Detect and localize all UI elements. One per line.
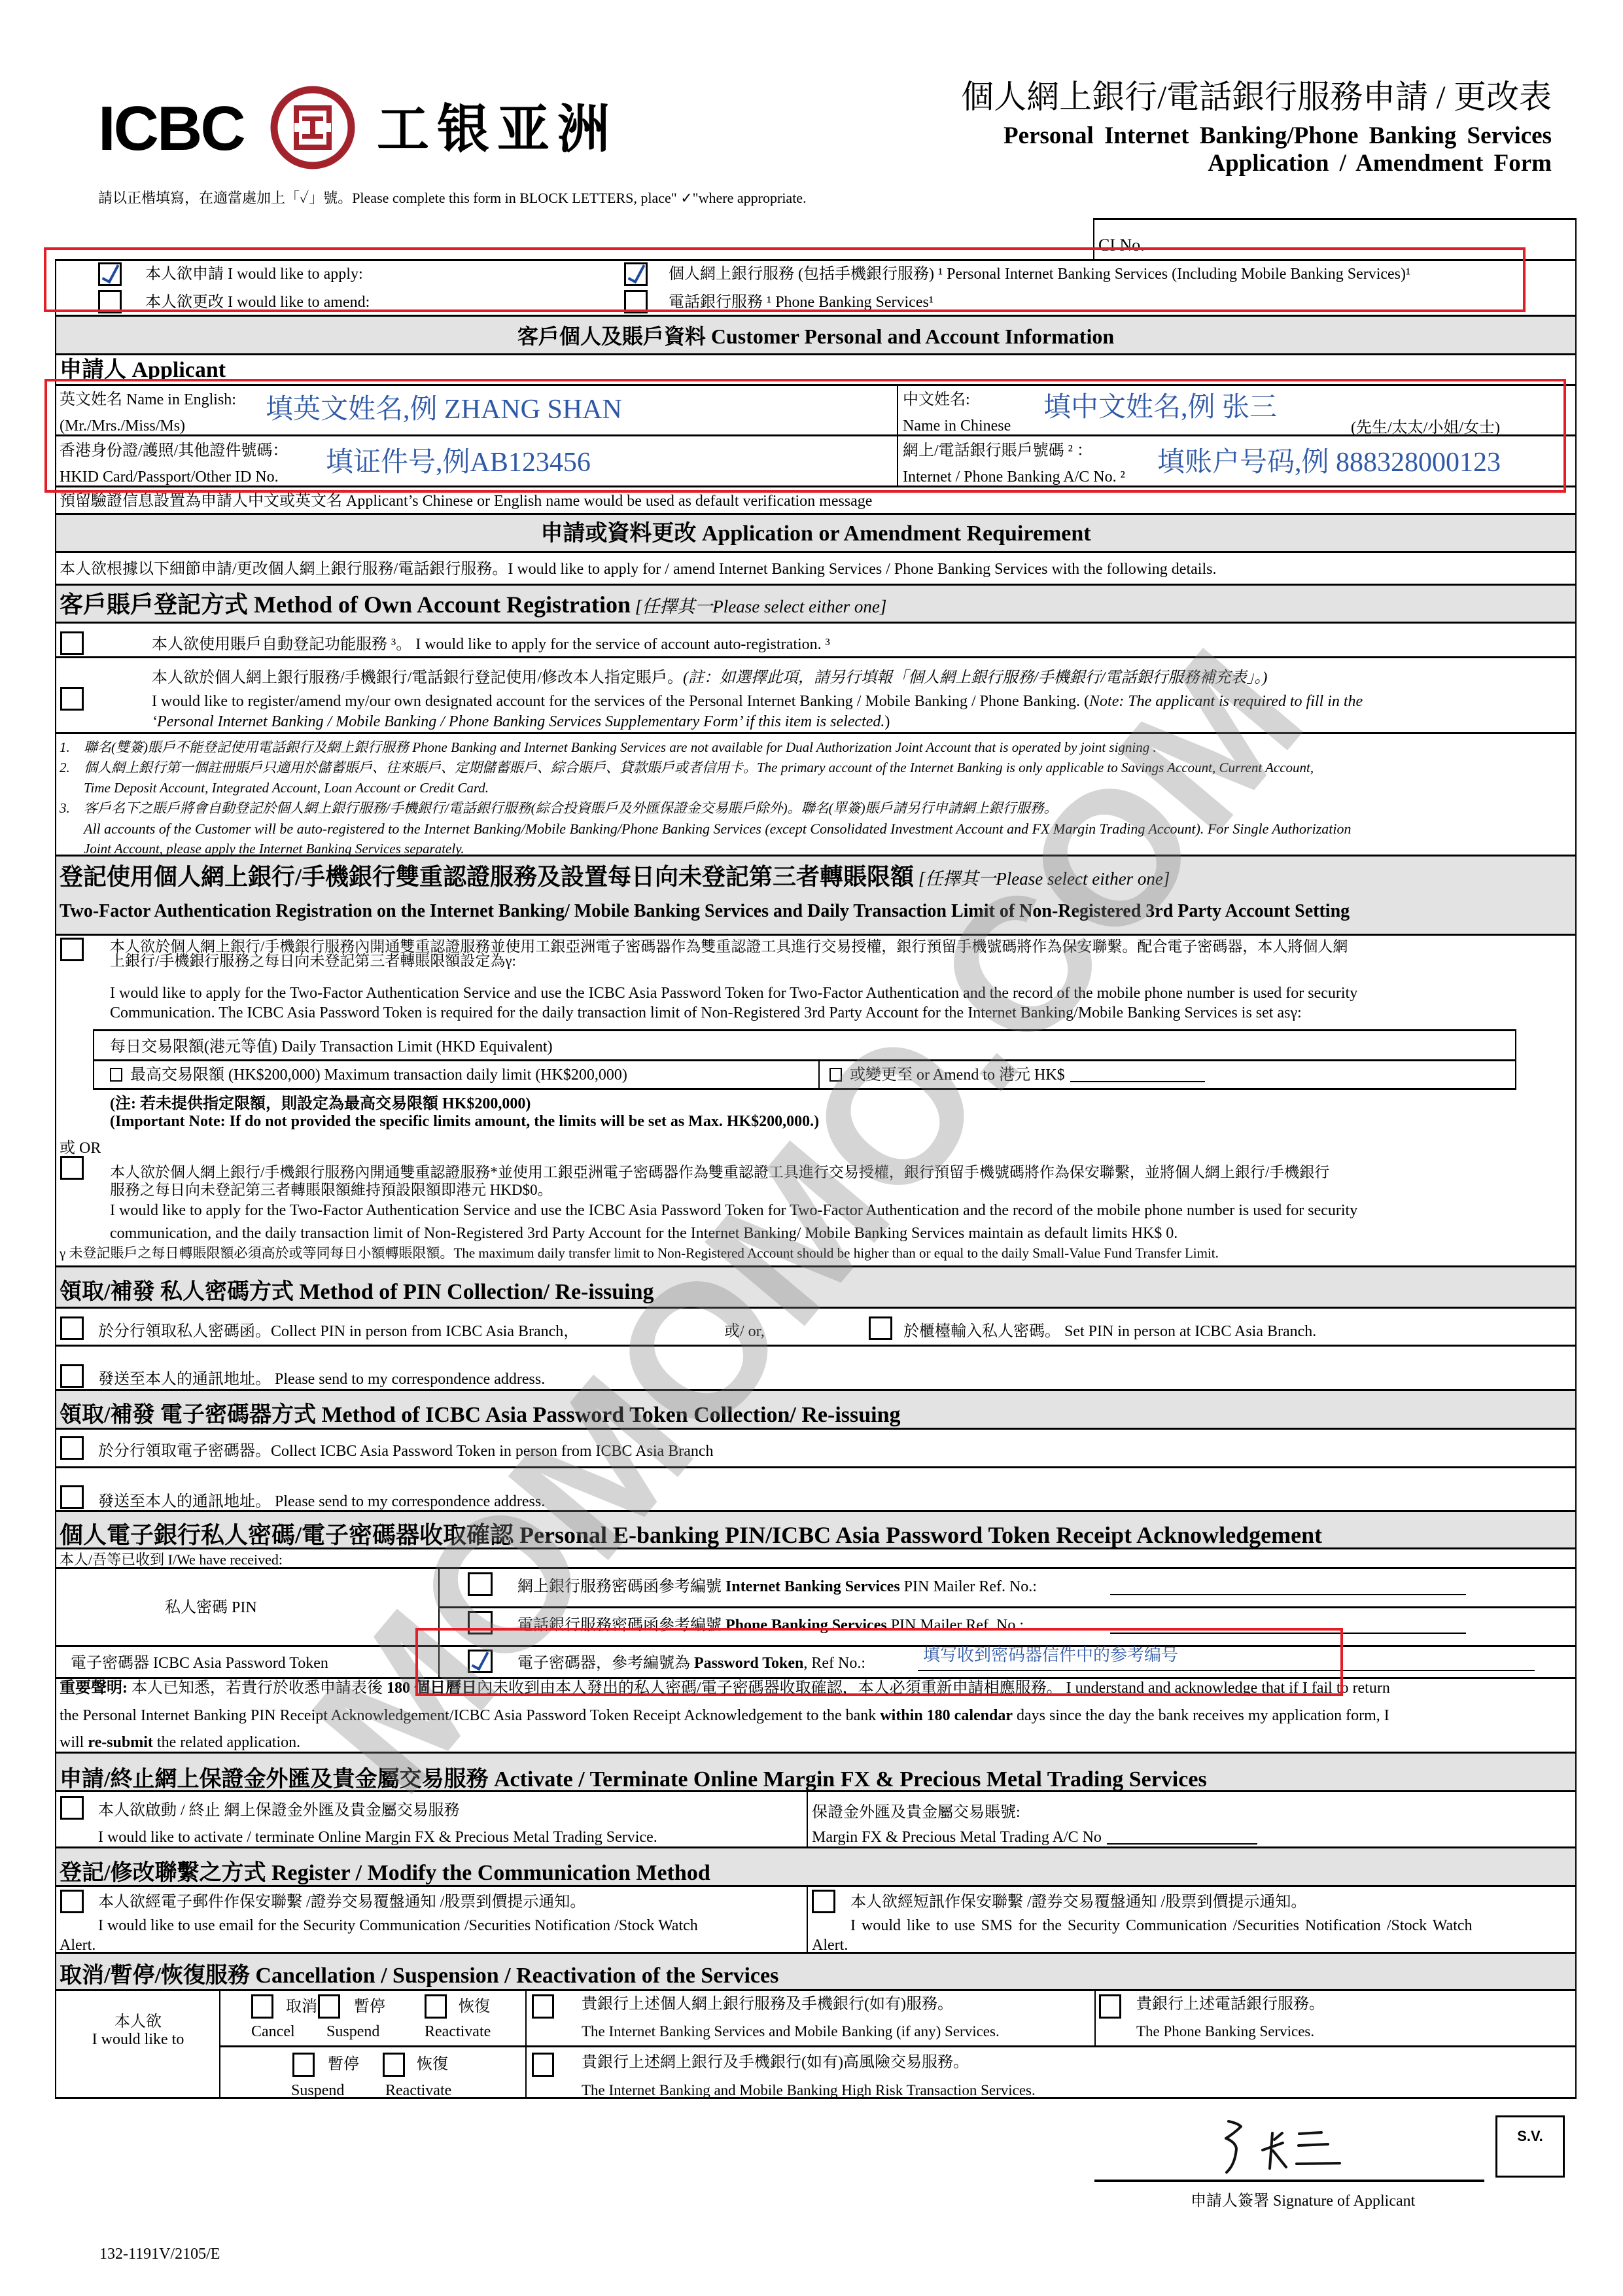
internet-banking-label: 個人網上銀行服務 (包括手機銀行服務) ¹ Personal Internet … [669, 265, 1410, 283]
email-communication-label-cn: 本人欲經電子郵件作保安聯繫 /證券交易覆盤通知 /股票到價提示通知。 [98, 1893, 585, 1911]
statement-l2-bold: within 180 calendar [880, 1707, 1013, 1724]
designated-account-line-1: 本人欲於個人網上銀行服務/手機銀行/電話銀行登記使用/修改本人指定賬戶。(註：如… [152, 669, 1267, 687]
high-risk-suspend-label-en: Suspend [291, 2081, 344, 2100]
logo-wordmark-en: ICBC [98, 97, 244, 160]
receipt-pin-label: 私人密碼 PIN [165, 1598, 257, 1617]
daily-limit-table-col-divider [818, 1060, 820, 1090]
internet-services-checkbox[interactable] [532, 1994, 554, 2019]
cancellation-row-divider [220, 2045, 1577, 2047]
high-risk-services-label-en: The Internet Banking and Mobile Banking … [582, 2081, 1036, 2100]
designated-account-line-2: I would like to register/amend my/our ow… [152, 692, 1363, 711]
two-factor-option-a-checkbox[interactable] [60, 938, 84, 961]
internet-services-label-en: The Internet Banking Services and Mobile… [582, 2022, 1000, 2041]
signature-line [1094, 2180, 1484, 2182]
account-registration-title: 客戶賬戶登記方式 Method of Own Account Registrat… [60, 592, 886, 620]
footnote-1-number: 1. [60, 738, 70, 756]
sms-communication-label-en: I would like to use SMS for the Security… [850, 1916, 1473, 1935]
token-received-checkbox[interactable] [468, 1650, 493, 1673]
internet-pin-ref-field[interactable] [1110, 1576, 1466, 1595]
two-factor-option-b-en-1: I would like to apply for the Two-Factor… [110, 1201, 1357, 1220]
footnote-3-text-cont-2: Joint Account, please apply the Internet… [84, 839, 464, 858]
name-en-field[interactable]: 填英文姓名,例 ZHANG SHAN [266, 395, 622, 425]
phone-services-checkbox[interactable] [1099, 1994, 1121, 2019]
account-number-field[interactable]: 填账户号码,例 888328000123 [1157, 448, 1501, 478]
high-risk-reactivate-label-cn: 恢復 [417, 2055, 448, 2074]
internet-pin-received-checkbox[interactable] [468, 1572, 493, 1596]
footnote-3-text: 客戶名下之賬戶將會自動登記於個人網上銀行服務/手機銀行/電話銀行服務(綜合投資賬… [84, 799, 1058, 817]
footnote-2-number: 2. [60, 758, 70, 777]
pin-branch-label: 於分行領取私人密碼函。Collect PIN in person from IC… [98, 1322, 579, 1341]
two-factor-option-b-en-2: communication, and the daily transaction… [110, 1224, 1178, 1243]
max-limit-checkbox[interactable] [110, 1068, 122, 1082]
designated-account-checkbox[interactable] [60, 687, 84, 711]
important-statement-line-1: 重要聲明: 本人已知悉，若貴行於收悉申請表後 180 個日曆日內未收到由本人發出… [60, 1679, 1390, 1697]
name-cn-field[interactable]: 填中文姓名,例 张三 [1043, 393, 1277, 423]
suspend-checkbox[interactable] [318, 1994, 340, 2019]
statement-l3-a: will [60, 1734, 88, 1751]
applicant-heading: 申請人 Applicant [60, 357, 226, 383]
designated-account-note-en-2: ‘Personal Internet Banking / Mobile Bank… [152, 713, 884, 730]
footnote-1-text: 聯名(雙簽)賬戶不能登記使用電話銀行及網上銀行服務 Phone Banking … [84, 738, 1157, 756]
max-limit-label: 最高交易限額 (HK$200,000) Maximum transaction … [130, 1067, 627, 1084]
form-title-en-2: Application / Amendment Form [961, 150, 1552, 177]
name-cn-label-en: Name in Chinese [903, 417, 1011, 435]
margin-fx-title: 申請/終止網上保證金外匯及貴金屬交易服務 Activate / Terminat… [60, 1767, 1207, 1793]
two-factor-option-a-cn-2: 上銀行/手機銀行服務之每日向未登記第三者轉賬限額設定為γ: [110, 953, 516, 969]
token-prefix: 電子密碼器，參考編號為 [517, 1655, 694, 1672]
sms-communication-label-cn: 本人欲經短訊作保安聯繫 /證券交易覆盤通知 /股票到價提示通知。 [850, 1893, 1306, 1911]
form-title: 個人網上銀行/電話銀行服務申請 / 更改表 Personal Internet … [961, 77, 1552, 177]
pin-collection-title: 領取/補發 私人密碼方式 Method of PIN Collection/ R… [60, 1279, 654, 1305]
verification-note: 預留驗證信息設置為申請人中文或英文名 Applicant’s Chinese o… [60, 492, 872, 510]
two-factor-option-b-cn-1: 本人欲於個人網上銀行/手機銀行服務內開通雙重認證服務*並使用工銀亞洲電子密碼器作… [110, 1165, 1329, 1180]
received-label: 本人/吾等已收到 I/We have received: [60, 1552, 283, 1568]
limit-note-en: (Important Note: If do not provided the … [110, 1112, 819, 1131]
ci-no-label: CI No. [1098, 236, 1145, 255]
pin-counter-label: 於櫃檯輸入私人密碼。 Set PIN in person at ICBC Asi… [903, 1322, 1316, 1341]
id-label-en: HKID Card/Passport/Other ID No. [60, 468, 279, 486]
pin-or-label: 或/ or, [724, 1322, 765, 1341]
high-risk-reactivate-label-en: Reactivate [385, 2081, 451, 2100]
margin-fx-checkbox[interactable] [60, 1796, 84, 1820]
phone-pin-ref-field[interactable] [1110, 1614, 1466, 1634]
id-label: 香港身份證/護照/其他證件號碼： [60, 442, 288, 460]
reactivate-label-en: Reactivate [425, 2022, 491, 2041]
applicant-heading-row [55, 355, 1577, 386]
margin-fx-account-label: Margin FX & Precious Metal Trading A/C N… [812, 1828, 1257, 1846]
high-risk-services-checkbox[interactable] [532, 2053, 554, 2077]
two-factor-option-b-cn-2: 服務之每日向未登記第三者轉賬限額維持預設限額即港元 HKD$0。 [110, 1182, 553, 1198]
id-number-field[interactable]: 填证件号,例AB123456 [326, 448, 591, 478]
token-suffix: , Ref No.: [803, 1655, 865, 1672]
cancel-checkbox[interactable] [251, 1994, 273, 2019]
pin-mail-checkbox[interactable] [60, 1364, 84, 1388]
info-column-divider [897, 386, 898, 487]
two-factor-option-a-en-1: I would like to apply for the Two-Factor… [110, 984, 1357, 1002]
account-label-en: Internet / Phone Banking A/C No. ² [903, 468, 1125, 486]
limit-note-cn: (注: 若未提供指定限額，則設定為最高交易限額 HK$200,000) [110, 1095, 531, 1113]
icbc-emblem-icon [268, 85, 357, 170]
signature-verification-box[interactable]: S.V. [1495, 2115, 1565, 2178]
internet-pin-ref-label: 網上銀行服務密碼函參考編號 Internet Banking Services … [517, 1578, 1037, 1596]
footnote-2-text: 個人網上銀行第一個註冊賬戶只適用於儲蓄賬戶、往來賬戶、定期儲蓄賬戶、綜合賬戶、貸… [84, 758, 1314, 777]
statement-l2-b: days since the day the bank receives my … [1013, 1707, 1389, 1724]
form-title-cn: 個人網上銀行/電話銀行服務申請 / 更改表 [961, 77, 1552, 116]
phone-banking-checkbox[interactable] [624, 290, 648, 313]
suspend-label-cn: 暫停 [354, 1998, 385, 2016]
margin-fx-label-en: I would like to activate / terminate Onl… [98, 1828, 657, 1846]
receipt-table-col-divider [438, 1569, 440, 1679]
internet-services-label-cn: 貴銀行上述個人網上銀行服務及手機銀行(如有)服務。 [582, 1995, 953, 2013]
email-communication-label-en: I would like to use email for the Securi… [98, 1916, 698, 1935]
statement-l1-b: 內未收到由本人發出的私人密碼/電子密碼器收取確認，本人必須重新申請相應服務。 I… [477, 1680, 1390, 1697]
two-factor-title-cn: 登記使用個人網上銀行/手機銀行雙重認證服務及設置每日向未登記第三者轉賬限額 [任… [60, 864, 1170, 892]
phone-pin-received-checkbox[interactable] [468, 1611, 493, 1634]
footnote-2-text-cont: Time Deposit Account, Integrated Account… [84, 779, 489, 797]
margin-fx-account-field[interactable] [1107, 1829, 1257, 1845]
statement-l1-a: 本人已知悉，若貴行於收悉申請表後 [128, 1680, 387, 1697]
or-separator: 或 OR [60, 1139, 101, 1157]
high-risk-reactivate-checkbox[interactable] [383, 2053, 405, 2077]
sms-communication-label-en-2: Alert. [812, 1936, 848, 1954]
signature-label: 申請人簽署 Signature of Applicant [1191, 2192, 1415, 2210]
designated-account-line-3: ‘Personal Internet Banking / Mobile Bank… [152, 713, 890, 731]
designated-account-text-en: I would like to register/amend my/our ow… [152, 693, 1089, 710]
token-ref-handwritten-hint: 填写收到密码器信件中的参考编号 [923, 1646, 1178, 1665]
important-statement-line-3: will re-submit the related application. [60, 1733, 300, 1752]
sms-communication-checkbox[interactable] [812, 1890, 835, 1913]
received-row [55, 1549, 1577, 1569]
phone-pin-suffix: PIN Mailer Ref. No.: [887, 1617, 1024, 1634]
account-registration-title-text: 客戶賬戶登記方式 Method of Own Account Registrat… [60, 592, 631, 618]
high-risk-suspend-label-cn: 暫停 [328, 2055, 359, 2074]
margin-fx-account-label-en: Margin FX & Precious Metal Trading A/C N… [812, 1829, 1102, 1846]
name-cn-title-options: (先生/太太/小姐/女士) [1351, 419, 1500, 437]
phone-pin-bold: Phone Banking Services [725, 1617, 887, 1634]
receipt-title: 個人電子銀行私人密碼/電子密碼器收取確認 Personal E-banking … [60, 1522, 1322, 1548]
reactivate-checkbox[interactable] [425, 1994, 447, 2019]
cancellation-intro-en: I would like to [56, 2030, 220, 2049]
pin-mail-label: 發送至本人的通訊地址。 Please send to my correspond… [98, 1370, 545, 1388]
ci-no-field[interactable]: CI No. [1094, 220, 1575, 259]
internet-pin-suffix: PIN Mailer Ref. No.: [900, 1578, 1037, 1595]
phone-pin-ref-label: 電話銀行服務密碼函參考編號 Phone Banking Services PIN… [517, 1616, 1024, 1634]
receipt-table-divider-1 [439, 1606, 1577, 1608]
statement-heading: 重要聲明: [60, 1680, 128, 1697]
internet-banking-checkbox[interactable] [624, 262, 648, 286]
email-communication-checkbox[interactable] [60, 1890, 84, 1913]
email-communication-label-en-2: Alert. [60, 1936, 96, 1954]
phone-banking-label: 電話銀行服務 ¹ Phone Banking Services¹ [669, 293, 934, 311]
amend-limit-label: 或變更至 or Amend to 港元 HK$ [850, 1067, 1065, 1084]
two-factor-title-cn-text: 登記使用個人網上銀行/手機銀行雙重認證服務及設置每日向未登記第三者轉賬限額 [60, 864, 914, 890]
statement-l3-bold: re-submit [88, 1734, 153, 1751]
internet-pin-bold: Internet Banking Services [725, 1578, 900, 1595]
requirement-intro: 本人欲根據以下細節申請/更改個人網上銀行服務/電話銀行服務。I would li… [60, 560, 1216, 578]
auto-registration-checkbox[interactable] [60, 631, 84, 655]
receipt-table-divider-2 [55, 1645, 1577, 1647]
auto-registration-label: 本人欲使用賬戶自動登記功能服務 ³。 I would like to apply… [152, 635, 830, 654]
cancel-label-en: Cancel [251, 2022, 295, 2041]
margin-fx-account-label-cn: 保證金外匯及貴金屬交易賬號: [812, 1803, 1021, 1822]
gamma-footnote: γ 未登記賬戶之每日轉賬限額必須高於或等同每日小額轉賬限額。The maximu… [60, 1244, 1219, 1262]
two-factor-option-b-checkbox[interactable] [60, 1156, 84, 1180]
designated-account-close: ) [884, 713, 890, 730]
designated-account-text-cn: 本人欲於個人網上銀行服務/手機銀行/電話銀行登記使用/修改本人指定賬戶。 [152, 669, 683, 686]
token-mail-checkbox[interactable] [60, 1485, 84, 1509]
daily-limit-table-divider [93, 1059, 1516, 1061]
apply-checkbox[interactable] [98, 262, 122, 286]
token-bold: Password Token [694, 1655, 803, 1672]
token-branch-label: 於分行領取電子密碼器。Collect ICBC Asia Password To… [98, 1442, 714, 1460]
account-label: 網上/電話銀行賬戶號碼 ² ： [903, 442, 1092, 460]
suspend-label-en: Suspend [326, 2022, 379, 2041]
communication-title: 登記/修改聯繫之方式 Register / Modify the Communi… [60, 1860, 710, 1886]
amend-limit-option: 或變更至 or Amend to 港元 HK$ [829, 1066, 1205, 1084]
form-title-en-1: Personal Internet Banking/Phone Banking … [961, 122, 1552, 150]
high-risk-services-label-cn: 貴銀行上述網上銀行及手機銀行(如有)高風險交易服務。 [582, 2053, 969, 2072]
important-statement-line-2: the Personal Internet Banking PIN Receip… [60, 1706, 1389, 1725]
two-factor-title-en: Two-Factor Authentication Registration o… [60, 900, 1350, 923]
max-limit-option: 最高交易限額 (HK$200,000) Maximum transaction … [110, 1066, 627, 1084]
margin-fx-label-cn: 本人欲啟動 / 終止 網上保證金外匯及貴金屬交易服務 [98, 1801, 460, 1820]
logo-wordmark-cn: 工银亚洲 [377, 103, 618, 156]
designated-account-note-cn: (註：如選擇此項，請另行填報「個人網上銀行服務/手機銀行/電話銀行服務補充表」。… [683, 669, 1267, 686]
amend-label: 本人欲更改 I would like to amend: [145, 293, 370, 311]
margin-fx-col-divider [807, 1792, 808, 1848]
token-ref-label: 電子密碼器，參考編號為 Password Token, Ref No.: [517, 1654, 865, 1672]
account-registration-hint: [任擇其一Please select either one] [631, 597, 886, 616]
phone-pin-prefix: 電話銀行服務密碼函參考編號 [517, 1617, 725, 1634]
requirement-title: 申請或資料更改 Application or Amendment Require… [55, 521, 1577, 547]
applicant-signature[interactable] [1217, 2113, 1348, 2179]
icbc-logo: ICBC 工银亚洲 [98, 84, 621, 172]
cancellation-col-divider-3 [1094, 1991, 1096, 2047]
two-factor-hint: [任擇其一Please select either one] [914, 869, 1170, 889]
token-collection-title: 領取/補發 電子密碼器方式 Method of ICBC Asia Passwo… [60, 1402, 901, 1428]
phone-services-label-cn: 貴銀行上述電話銀行服務。 [1136, 1995, 1325, 2013]
high-risk-suspend-checkbox[interactable] [292, 2053, 315, 2077]
cancellation-intro-cn: 本人欲 [56, 2013, 220, 2031]
customer-info-title: 客戶個人及賬戶資料 Customer Personal and Account … [55, 323, 1577, 349]
amend-limit-amount-field[interactable] [1070, 1067, 1205, 1082]
footnote-3-number: 3. [60, 799, 70, 817]
name-en-label: 英文姓名 Name in English: [60, 391, 236, 409]
two-factor-option-a-en-2: Communication. The ICBC Asia Password To… [110, 1004, 1302, 1022]
cancel-label-cn: 取消 [286, 1998, 317, 2016]
ci-box-right-border [1575, 218, 1577, 261]
statement-l3-b: the related application. [153, 1734, 300, 1751]
communication-col-divider [807, 1887, 808, 1954]
amend-limit-checkbox[interactable] [829, 1068, 842, 1082]
statement-l2-a: the Personal Internet Banking PIN Receip… [60, 1707, 880, 1724]
pin-counter-checkbox[interactable] [869, 1316, 892, 1340]
internet-pin-prefix: 網上銀行服務密碼函參考編號 [517, 1578, 725, 1595]
form-code: 132-1191V/2105/E [99, 2245, 220, 2263]
cancellation-title: 取消/暫停/恢復服務 Cancellation / Suspension / R… [60, 1963, 778, 1989]
pin-branch-checkbox[interactable] [60, 1316, 84, 1340]
name-cn-label: 中文姓名: [903, 391, 970, 409]
receipt-token-label: 電子密碼器 ICBC Asia Password Token [71, 1654, 328, 1672]
footnote-3-text-cont: All accounts of the Customer will be aut… [84, 820, 1352, 838]
apply-label: 本人欲申請 I would like to apply: [145, 265, 363, 283]
statement-l1-days: 180 個日曆日 [387, 1680, 477, 1697]
daily-limit-header: 每日交易限額(港元等值) Daily Transaction Limit (HK… [110, 1038, 553, 1056]
phone-services-label-en: The Phone Banking Services. [1136, 2022, 1314, 2041]
reactivate-label-cn: 恢復 [459, 1998, 490, 2016]
name-en-title-options: (Mr./Mrs./Miss/Ms) [60, 417, 185, 435]
amend-checkbox[interactable] [98, 290, 122, 313]
fill-instruction: 請以正楷填寫，在適當處加上「✓」號。Please complete this f… [98, 189, 807, 207]
token-mail-label: 發送至本人的通訊地址。 Please send to my correspond… [98, 1492, 545, 1511]
token-branch-checkbox[interactable] [60, 1436, 84, 1460]
designated-account-note-en: Note: The applicant is required to fill … [1089, 693, 1363, 710]
